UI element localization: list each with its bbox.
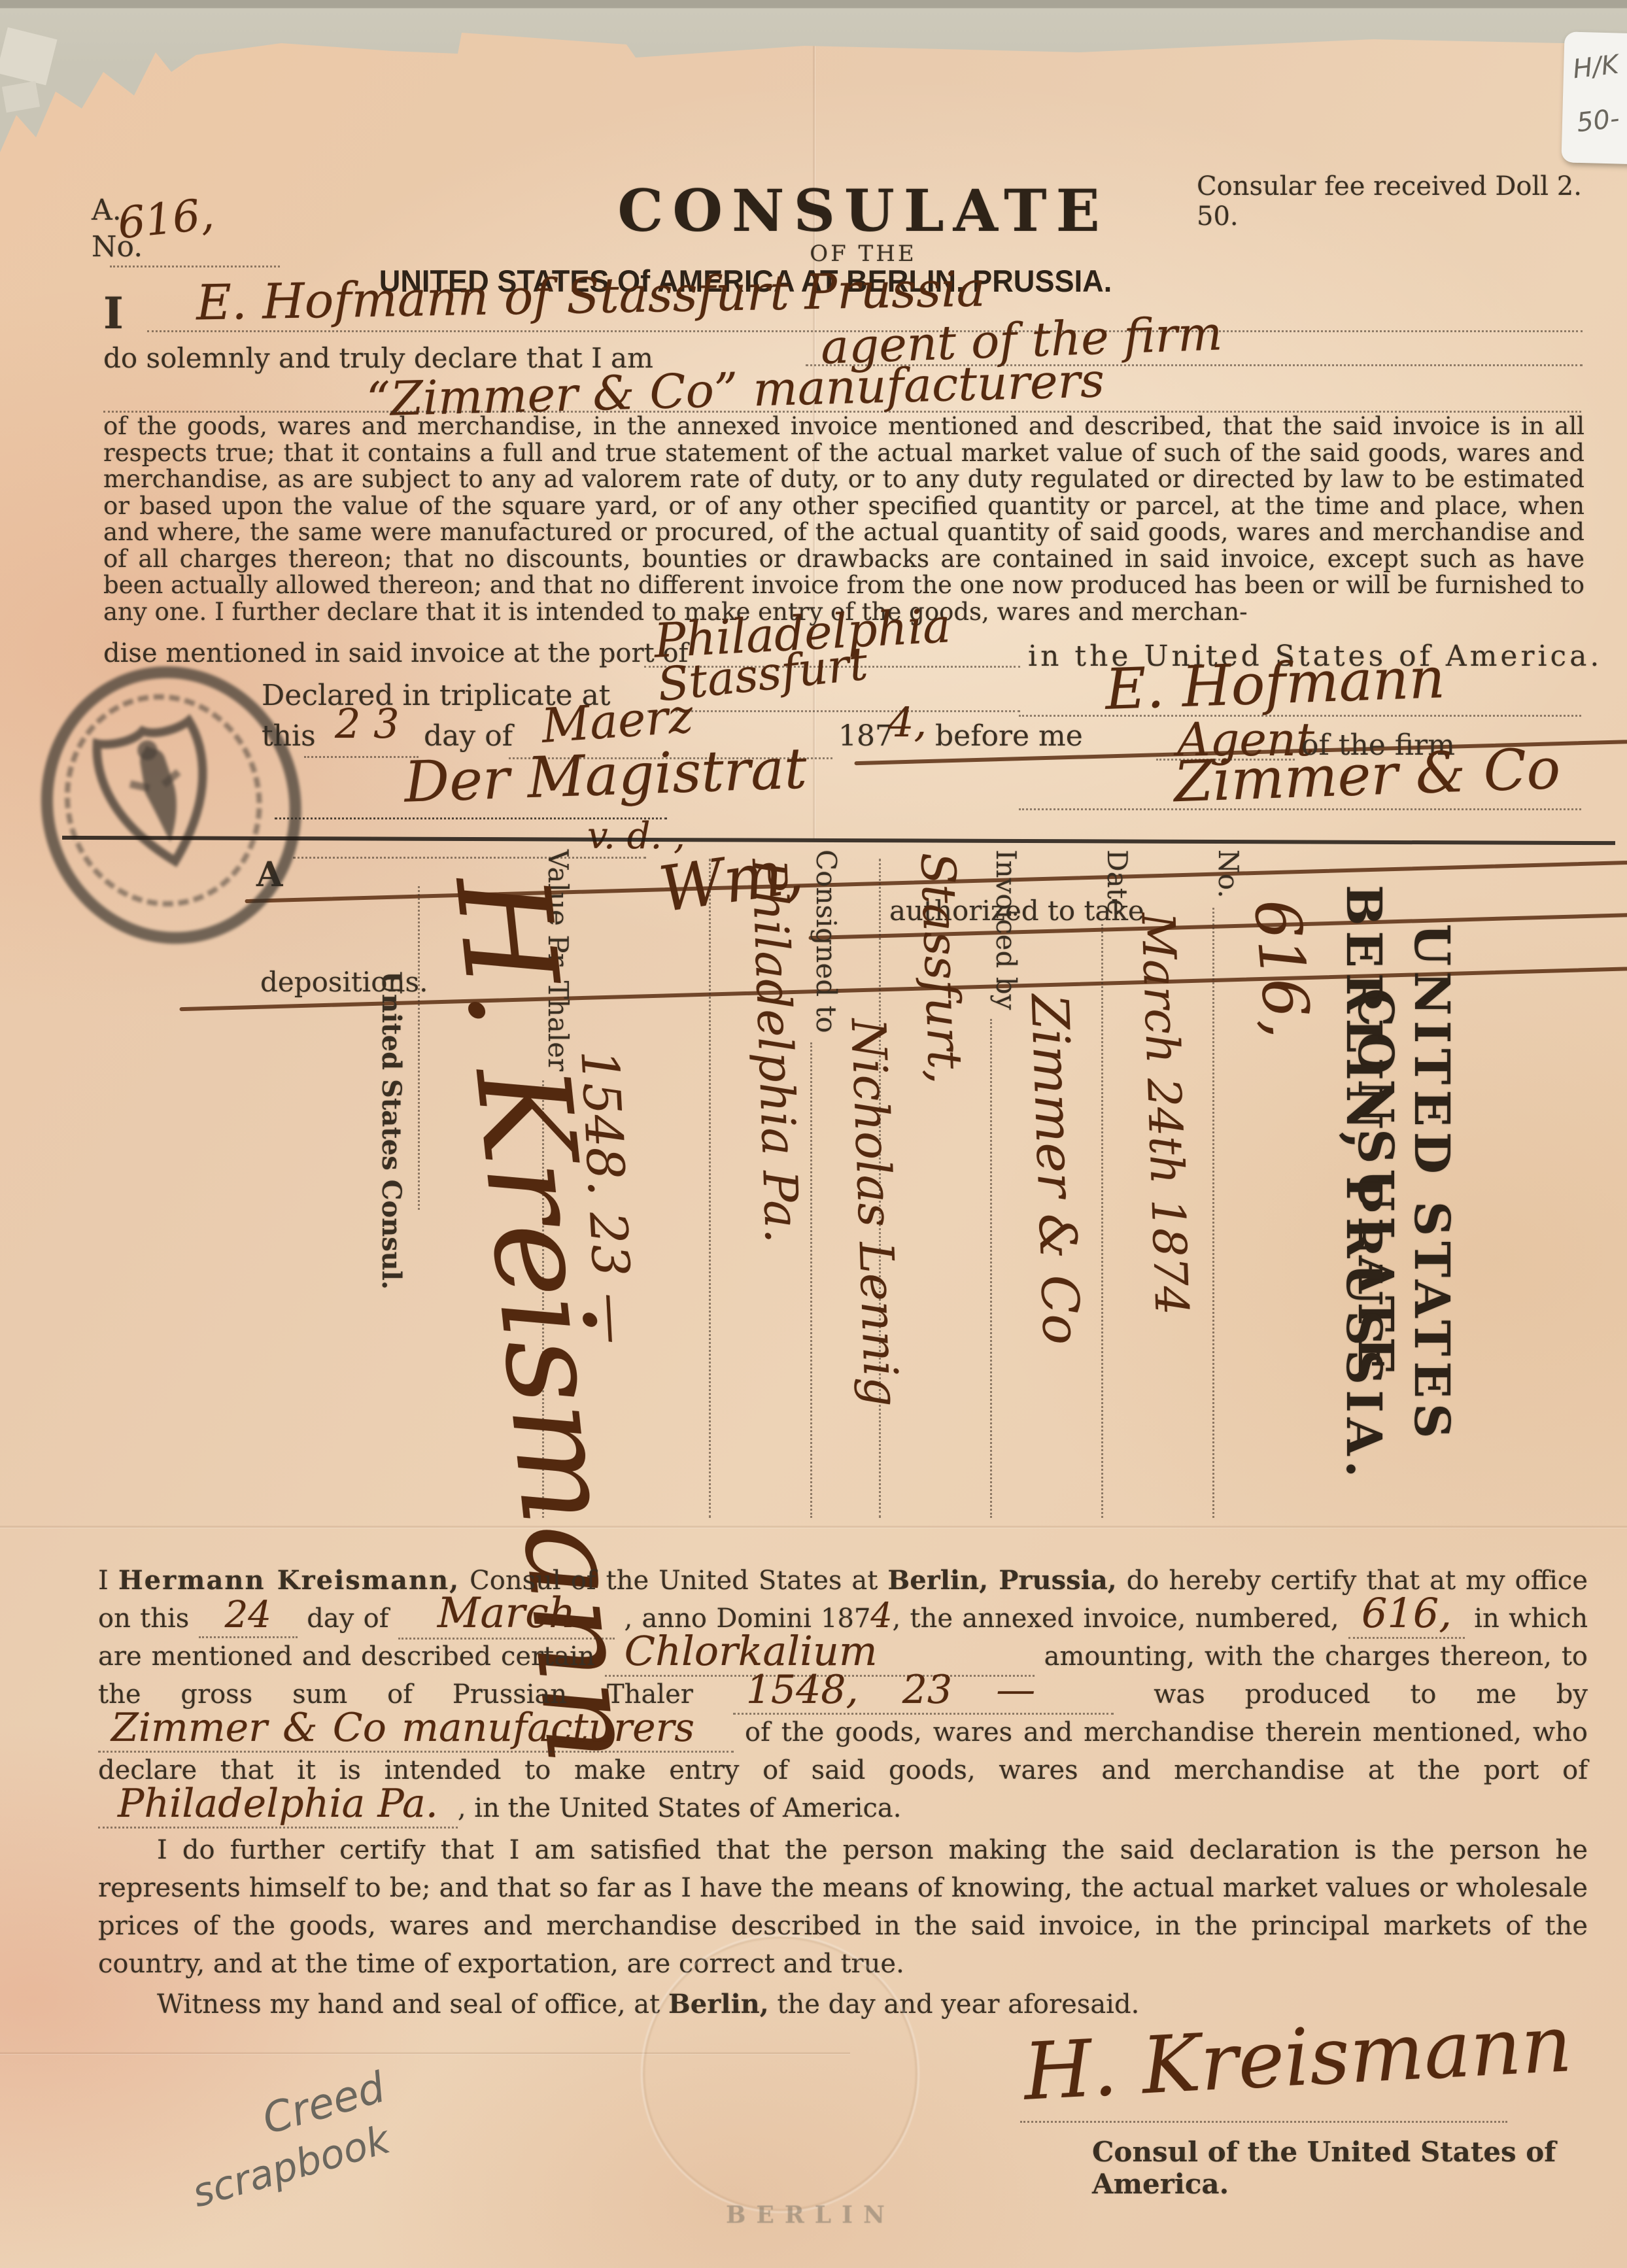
- scanned-document: A. No. 616, CONSULATE OF THE UNITED STAT…: [0, 0, 1627, 2268]
- docket-no-value: 616,: [1240, 897, 1324, 1040]
- day-fill-line: [304, 756, 419, 758]
- day-value: 2 3: [335, 700, 400, 747]
- cert-invoice-no: 616,: [1348, 1589, 1465, 1639]
- declaration-i: I: [103, 288, 124, 339]
- docket-invoicedby-value: Zimmer & Co: [1019, 993, 1091, 1346]
- consulate-title: CONSULATE: [556, 177, 1171, 245]
- docket-title-line2: BERLIN, PRUSSIA.: [1335, 840, 1392, 1527]
- cert-month-value: March: [398, 1589, 615, 1640]
- cert-i: I: [98, 1566, 109, 1596]
- docket-invoicedby-place-value: Stassfurt,: [910, 851, 973, 1085]
- cert-p5b: , in the United States of America.: [458, 1793, 902, 1823]
- docket-field-row: [709, 850, 745, 1518]
- place-fill-line: [647, 710, 1020, 712]
- fee-note: Consular fee received Doll 2. 50.: [1197, 171, 1627, 232]
- cert-day-value: 24: [199, 1594, 298, 1638]
- field-label: Date: [1101, 850, 1133, 924]
- cert-p1c: day of: [307, 1604, 388, 1634]
- certificate-paragraph-1: I Hermann Kreismann, Consul of the Unite…: [98, 1562, 1588, 1827]
- firm-signature: Zimmer & Co: [1173, 736, 1561, 816]
- docket-field-row: Consigned to: [810, 850, 847, 1518]
- declarant-signature: E. Hofmann: [1104, 645, 1446, 723]
- year-printed: 187: [838, 719, 893, 753]
- field-label: Consigned to: [810, 850, 842, 1042]
- consul-signature-line: [1020, 2121, 1507, 2123]
- field-fill-line: [1212, 908, 1251, 1518]
- form-number-line: [110, 266, 280, 267]
- rotated-docket-section: UNITED STATES CONSULATE BERLIN, PRUSSIA.…: [59, 840, 1615, 1527]
- docket-date-value: March 24th 1874: [1131, 912, 1198, 1316]
- cert-p7a: Witness my hand and seal of office, at: [157, 1989, 660, 2019]
- document-paper: A. No. 616, CONSULATE OF THE UNITED STAT…: [0, 25, 1627, 2268]
- field-label: Invoiced by: [990, 850, 1022, 1019]
- embossed-seal: [641, 1934, 919, 2213]
- field-fill-line: [810, 1042, 849, 1518]
- firm-signature-line: [1019, 808, 1581, 810]
- consul-title-line: Consul of the United States of America.: [1092, 2136, 1627, 2200]
- magistrate-value: Der Magistrat: [403, 736, 808, 815]
- docket-consignee-place-value: Philadelphia Pa.: [742, 858, 810, 1244]
- paper-fragment: [0, 27, 58, 86]
- cert-place-bold: Berlin, Prussia,: [887, 1565, 1116, 1596]
- docket-field-row: Invoiced by: [990, 850, 1027, 1518]
- embossed-text: BERLIN: [726, 2201, 895, 2229]
- declaration-body: of the goods, wares and merchandise, in …: [103, 413, 1584, 625]
- sticky-note: H/K 50-: [1561, 31, 1627, 164]
- consul-signature-line: [418, 886, 420, 1210]
- cert-producer-value: Zimmer & Co manufacturers: [98, 1705, 734, 1753]
- cert-p4a: was produced to me by: [1154, 1679, 1588, 1710]
- sticky-note-price: 50-: [1575, 103, 1621, 138]
- form-number-value: 616,: [115, 189, 216, 249]
- field-label: No.: [1212, 850, 1244, 908]
- paper-fragment: [2, 81, 40, 112]
- cert-amount-value: 1548, 23 —: [733, 1667, 1114, 1715]
- docket-consul-label: United States Consul.: [376, 971, 407, 1290]
- year-value: 4,: [888, 698, 927, 746]
- cert-port-value: Philadelphia Pa.: [98, 1781, 458, 1829]
- sticky-note-code: H/K: [1571, 50, 1620, 85]
- field-fill-line: [709, 859, 747, 1518]
